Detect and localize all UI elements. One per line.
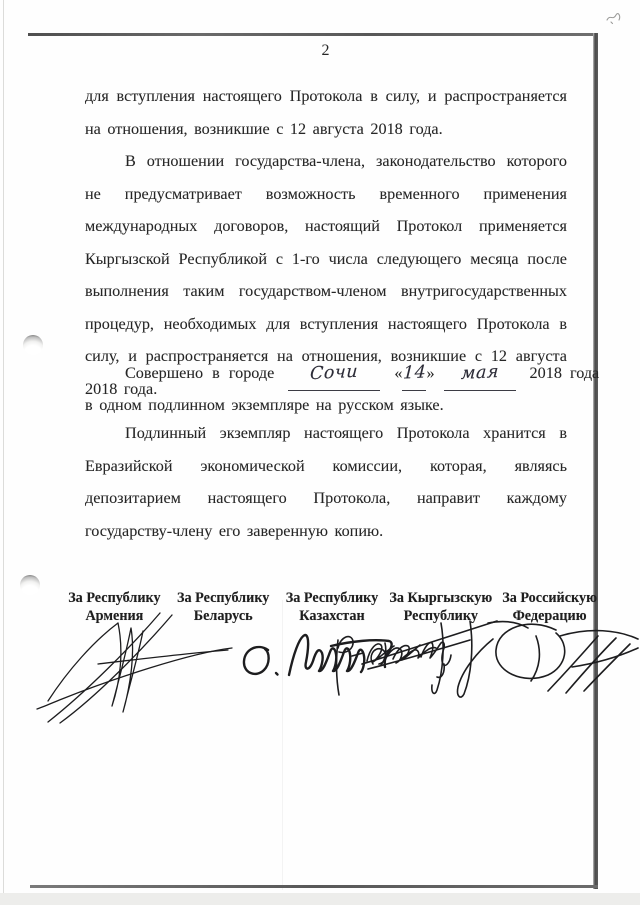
scan-bottom-shadow (0, 893, 640, 905)
month-blank-field: мая (444, 357, 516, 391)
signature-russia (488, 622, 638, 693)
signature-kyrgyzstan (362, 621, 497, 697)
signature-block-row: За Республику Армения За Республику Бела… (60, 590, 604, 625)
scan-edge-line (3, 0, 4, 905)
quote-open: « (394, 357, 402, 390)
execution-year: 2018 года (530, 357, 600, 390)
signature-kazakhstan (337, 637, 451, 695)
signature-belarus (244, 635, 392, 675)
page-border-top (28, 33, 598, 36)
punch-hole-icon (23, 335, 43, 355)
signature-label-armenia: За Республику Армения (60, 590, 169, 625)
handwritten-day: 14 (402, 356, 427, 390)
page-border-bottom (30, 885, 598, 888)
signature-label-kyrgyzstan: За Кыргызскую Республику (386, 590, 495, 625)
signature-label-kazakhstan: За Республику Казахстан (278, 590, 387, 625)
handwritten-month: мая (460, 356, 500, 391)
quote-close: » (426, 357, 434, 390)
handwritten-city: Сочи (309, 356, 359, 391)
scan-crease-line (282, 600, 283, 890)
city-blank-field: Сочи (288, 357, 380, 391)
signature-label-belarus: За Республику Беларусь (169, 590, 278, 625)
day-blank-field: 14 (402, 357, 426, 391)
signature-label-russia: За Российскую Федерацию (495, 590, 604, 625)
pencil-squiggle-icon (607, 14, 620, 24)
punch-hole-icon (20, 575, 40, 595)
page-number: 2 (85, 42, 567, 60)
paragraph-entry-into-force: для вступления настоящего Протокола в си… (85, 80, 567, 145)
scanned-page: 2 для вступления настоящего Протокола в … (0, 0, 640, 905)
paragraph-depositary: Подлинный экземпляр настоящего Протокола… (85, 417, 567, 547)
signature-armenia (37, 613, 232, 723)
page-border-right (593, 33, 598, 889)
execution-prefix: Совершено в городе (125, 357, 274, 390)
execution-line: Совершено в городе Сочи « 14 » мая 2018 … (125, 357, 599, 390)
